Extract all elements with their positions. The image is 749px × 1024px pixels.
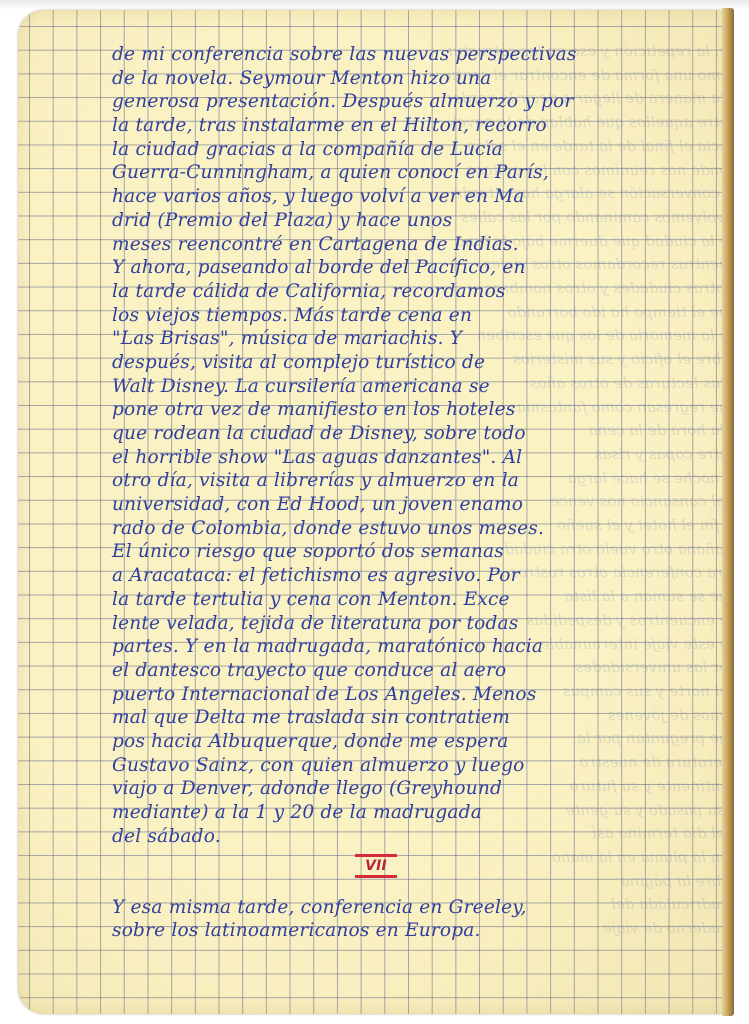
text-line: después, visita al complejo turístico de [112, 351, 707, 375]
chapter-heading: VII [112, 848, 722, 895]
text-line: lente velada, tejida de literatura por t… [112, 612, 707, 636]
text-line: la tarde cálida de California, recordamo… [112, 280, 707, 304]
text-line: Walt Disney. La cursilería americana se [112, 375, 707, 399]
text-line: meses reencontré en Cartagena de Indias. [112, 233, 707, 257]
text-line: otro día, visita a librerías y almuerzo … [112, 469, 707, 493]
text-line: de la novela. Seymour Menton hizo una [112, 67, 707, 91]
scan-background [0, 0, 749, 10]
text-line: puerto Internacional de Los Angeles. Men… [112, 683, 707, 707]
text-line: universidad, con Ed Hood, un joven enamo [112, 493, 707, 517]
text-line: los viejos tiempos. Más tarde cena en [112, 304, 707, 328]
text-line: la tarde tertulia y cena con Menton. Exc… [112, 588, 707, 612]
text-line: viajo a Denver, adonde llego (Greyhound [112, 777, 707, 801]
text-line: Gustavo Sainz, con quien almuerzo y lueg… [112, 754, 707, 778]
text-line: hace varios años, y luego volví a ver en… [112, 185, 707, 209]
text-line: rado de Colombia, donde estuvo unos mese… [112, 517, 707, 541]
text-line: pos hacia Albuquerque, donde me espera [112, 730, 707, 754]
text-line: el dantesco trayecto que conduce al aero [112, 659, 707, 683]
text-line: Y ahora, paseando al borde del Pacífico,… [112, 256, 707, 280]
text-line: Guerra-Cunningham, a quien conocí en Par… [112, 161, 707, 185]
text-line: la ciudad gracias a la compañía de Lucía [112, 138, 707, 162]
handwritten-text: de mi conferencia sobre las nuevas persp… [112, 43, 722, 943]
notebook-spine [722, 8, 734, 1016]
text-line: de mi conferencia sobre las nuevas persp… [112, 43, 707, 67]
text-line: partes. Y en la madrugada, maratónico ha… [112, 635, 707, 659]
chapter-number: VII [355, 854, 397, 878]
text-line: El único riesgo que soportó dos semanas [112, 540, 707, 564]
text-line: mediante) a la 1 y 20 de la madrugada [112, 801, 707, 825]
text-line: que rodean la ciudad de Disney, sobre to… [112, 422, 707, 446]
text-line: drid (Premio del Plaza) y hace unos [112, 209, 707, 233]
text-line: generosa presentación. Después almuerzo … [112, 90, 707, 114]
text-line: mal que Delta me traslada sin contratiem [112, 706, 707, 730]
text-line: del sábado. [112, 825, 707, 849]
text-line: a Aracataca: el fetichismo es agresivo. … [112, 564, 707, 588]
text-line: la tarde, tras instalarme en el Hilton, … [112, 114, 707, 138]
text-line: el horrible show "Las aguas danzantes". … [112, 446, 707, 470]
text-line: pone otra vez de manifiesto en los hotel… [112, 398, 707, 422]
text-line: Y esa misma tarde, conferencia en Greele… [112, 896, 707, 920]
text-line: sobre los latinoamericanos en Europa. [112, 919, 707, 943]
text-line: "Las Brisas", música de mariachis. Y [112, 327, 707, 351]
